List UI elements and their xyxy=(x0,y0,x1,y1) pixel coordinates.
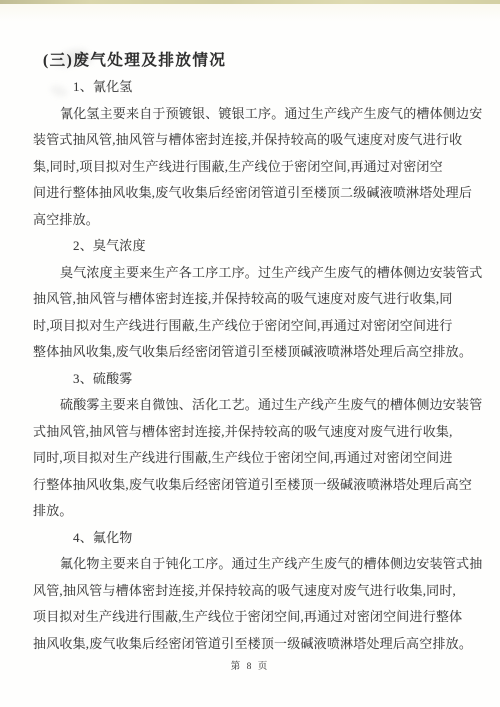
body-line: 硫酸雾主要来自微蚀、活化工艺。通过生产线产生废气的槽体侧边安装管 xyxy=(33,392,470,419)
body-line: 氰化氢主要来自于预镀银、镀银工序。通过生产线产生废气的槽体侧边安 xyxy=(33,101,470,128)
body-line: 抽风收集,废气收集后经密闭管道引至楼顶一级碱液喷淋塔处理后高空排放。 xyxy=(33,631,470,658)
body-line: 臭气浓度主要来生产各工序工序。过生产线产生废气的槽体侧边安装管式 xyxy=(33,260,470,287)
body-line: 同时,项目拟对生产线进行围蔽,生产线位于密闭空间,再通过对密闭空间进 xyxy=(33,445,470,472)
body-line: 集,同时,项目拟对生产线进行围蔽,生产线位于密闭空间,再通过对密闭空 xyxy=(33,154,470,181)
body-line: 整体抽风收集,废气收集后经密闭管道引至楼顶碱液喷淋塔处理后高空排放。 xyxy=(33,339,470,366)
subsection-hydrogen-cyanide: 1、氰化氢 氰化氢主要来自于预镀银、镀银工序。通过生产线产生废气的槽体侧边安 装… xyxy=(33,74,470,233)
subsection-fluoride: 4、氟化物 氟化物主要来自于钝化工序。通过生产线产生废气的槽体侧边安装管式抽 风… xyxy=(33,525,470,658)
subsection-heading: 3、硫酸雾 xyxy=(33,366,470,393)
body-line: 式抽风管,抽风管与槽体密封连接,并保持较高的吸气速度对废气进行收集, xyxy=(33,419,470,446)
body-line: 项目拟对生产线进行围蔽,生产线位于密闭空间,再通过对密闭空间进行整体 xyxy=(33,604,470,631)
body-line: 间进行整体抽风收集,废气收集后经密闭管道引至楼顶二级碱液喷淋塔处理后 xyxy=(33,180,470,207)
subsection-heading: 1、氰化氢 xyxy=(33,74,470,101)
subsection-heading: 2、臭气浓度 xyxy=(33,233,470,260)
body-line: 时,项目拟对生产线进行围蔽,生产线位于密闭空间,再通过对密闭空间进行 xyxy=(33,313,470,340)
page-content: (三)废气处理及排放情况 1、氰化氢 氰化氢主要来自于预镀银、镀银工序。通过生产… xyxy=(33,48,470,657)
page-number: 第 8 页 xyxy=(0,658,500,672)
body-line: 抽风管,抽风管与槽体密封连接,并保持较高的吸气速度对废气进行收集,同 xyxy=(33,286,470,313)
body-line: 氟化物主要来自于钝化工序。通过生产线产生废气的槽体侧边安装管式抽 xyxy=(33,551,470,578)
body-line: 行整体抽风收集,废气收集后经密闭管道引至楼顶一级碱液喷淋塔处理后高空 xyxy=(33,472,470,499)
body-line: 装管式抽风管,抽风管与槽体密封连接,并保持较高的吸气速度对废气进行收 xyxy=(33,127,470,154)
scanned-document-page: (三)废气处理及排放情况 1、氰化氢 氰化氢主要来自于预镀银、镀银工序。通过生产… xyxy=(0,0,500,707)
body-line: 排放。 xyxy=(33,498,470,525)
body-line: 高空排放。 xyxy=(33,207,470,234)
subsection-odor-concentration: 2、臭气浓度 臭气浓度主要来生产各工序工序。过生产线产生废气的槽体侧边安装管式 … xyxy=(33,233,470,366)
subsection-heading: 4、氟化物 xyxy=(33,525,470,552)
body-line: 风管,抽风管与槽体密封连接,并保持较高的吸气速度对废气进行收集,同时, xyxy=(33,578,470,605)
section-title: (三)废气处理及排放情况 xyxy=(43,48,470,74)
scan-edge-artifact xyxy=(0,0,500,4)
subsection-sulfuric-acid-mist: 3、硫酸雾 硫酸雾主要来自微蚀、活化工艺。通过生产线产生废气的槽体侧边安装管 式… xyxy=(33,366,470,525)
